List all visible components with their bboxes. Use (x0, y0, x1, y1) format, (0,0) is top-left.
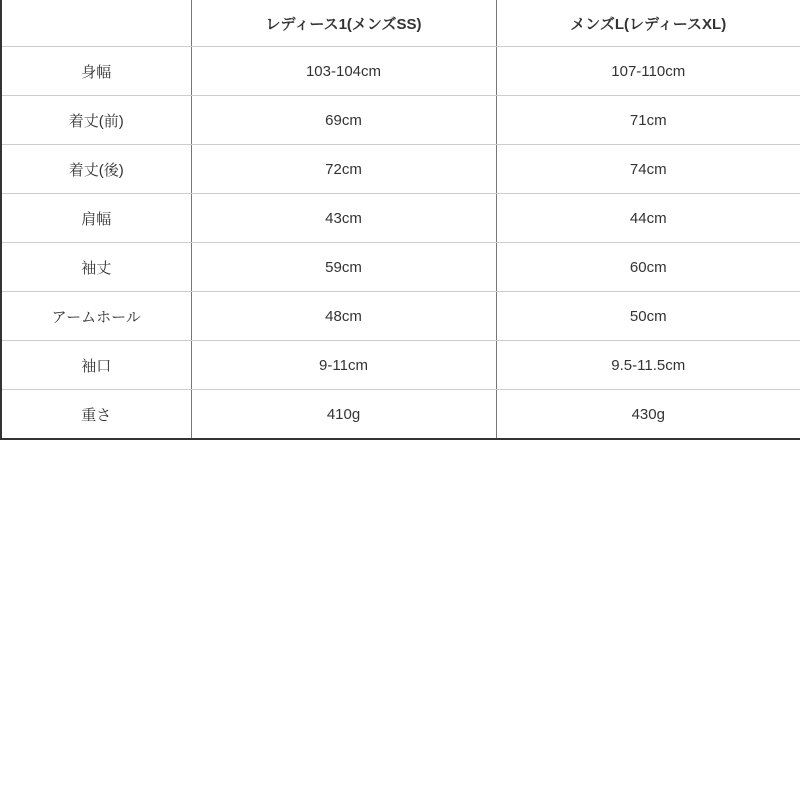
header-cell-ladies1: レディース1(メンズSS) (191, 0, 496, 47)
cell-value: 71cm (496, 96, 800, 145)
table-row: 袖丈 59cm 60cm (1, 243, 800, 292)
cell-value: 74cm (496, 145, 800, 194)
table-row: 袖口 9-11cm 9.5-11.5cm (1, 341, 800, 390)
row-label: 袖口 (1, 341, 191, 390)
cell-value: 430g (496, 390, 800, 440)
row-label: 袖丈 (1, 243, 191, 292)
row-label: アームホール (1, 292, 191, 341)
size-spec-table: レディース1(メンズSS) メンズL(レディースXL) 身幅 103-104cm… (0, 0, 800, 440)
row-label: 着丈(後) (1, 145, 191, 194)
cell-value: 48cm (191, 292, 496, 341)
row-label: 肩幅 (1, 194, 191, 243)
cell-value: 69cm (191, 96, 496, 145)
cell-value: 103-104cm (191, 47, 496, 96)
header-row: レディース1(メンズSS) メンズL(レディースXL) (1, 0, 800, 47)
table-row: 着丈(後) 72cm 74cm (1, 145, 800, 194)
table-row: 肩幅 43cm 44cm (1, 194, 800, 243)
cell-value: 44cm (496, 194, 800, 243)
table-row: アームホール 48cm 50cm (1, 292, 800, 341)
cell-value: 107-110cm (496, 47, 800, 96)
cell-value: 9-11cm (191, 341, 496, 390)
cell-value: 9.5-11.5cm (496, 341, 800, 390)
cell-value: 59cm (191, 243, 496, 292)
row-label: 重さ (1, 390, 191, 440)
table-row: 着丈(前) 69cm 71cm (1, 96, 800, 145)
cell-value: 60cm (496, 243, 800, 292)
row-label: 着丈(前) (1, 96, 191, 145)
page-background: レディース1(メンズSS) メンズL(レディースXL) 身幅 103-104cm… (0, 0, 800, 800)
cell-value: 50cm (496, 292, 800, 341)
header-cell-empty (1, 0, 191, 47)
table-row: 重さ 410g 430g (1, 390, 800, 440)
cell-value: 72cm (191, 145, 496, 194)
row-label: 身幅 (1, 47, 191, 96)
header-cell-mensL: メンズL(レディースXL) (496, 0, 800, 47)
table-row: 身幅 103-104cm 107-110cm (1, 47, 800, 96)
cell-value: 43cm (191, 194, 496, 243)
cell-value: 410g (191, 390, 496, 440)
